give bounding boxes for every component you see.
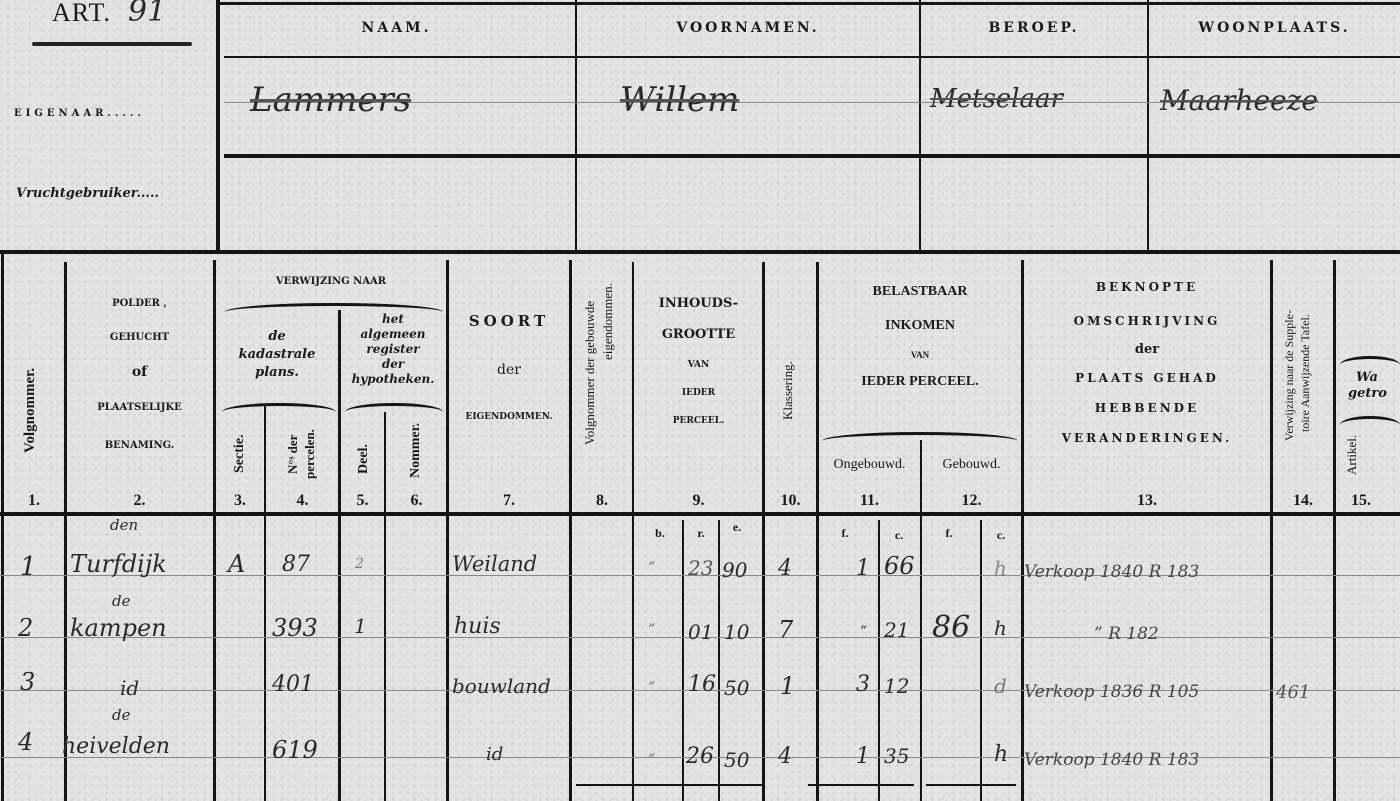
row4-soort: id — [486, 744, 503, 765]
col9-line: PERCEEL. — [635, 416, 762, 426]
row1-polder: Turfdijk — [70, 550, 167, 578]
col8-num: 8. — [572, 492, 632, 510]
col13-line: OMSCHRIJVING — [1024, 314, 1270, 328]
row4-r: 26 — [686, 744, 714, 769]
row4-ong-f: 1 — [856, 744, 870, 769]
col10-num: 10. — [765, 492, 816, 510]
owner-border-left — [216, 0, 220, 252]
col12-num: 12. — [922, 492, 1021, 510]
row1-omschrijving: Verkoop 1840 R 183 — [1024, 562, 1199, 582]
col3-num: 3. — [216, 492, 264, 510]
inkomen-line: BELASTBAAR — [819, 284, 1021, 300]
row4-polder: heivelden — [62, 734, 170, 759]
row1-ong-f: 1 — [856, 556, 870, 581]
hypotheken-line: algemeen — [340, 327, 446, 342]
col6-title: Nommer. — [408, 412, 424, 488]
header-voornamen: VOORNAMEN. — [577, 20, 919, 36]
col11-sub-f: f. — [830, 526, 860, 541]
row3-r: 16 — [688, 672, 716, 697]
col6-num: 6. — [387, 492, 446, 510]
col-line-4 — [264, 405, 266, 801]
row3-volg: 3 — [20, 668, 35, 696]
col14-title-b: toire Aanwijzende Tafel. — [1298, 268, 1313, 478]
col13-line: BEKNOPTE — [1024, 280, 1270, 294]
col15-num: 15. — [1336, 492, 1386, 510]
col4-num: 4. — [267, 492, 338, 510]
owner-top-border — [216, 2, 1400, 5]
col9-sub-r: r. — [686, 526, 716, 541]
col-line-9 — [632, 262, 634, 801]
row2-b: ” — [648, 622, 655, 638]
col7-line: EIGENDOMMEN. — [449, 412, 569, 422]
total-rule-area — [576, 784, 762, 786]
col-line-11c — [878, 520, 880, 801]
row1-perceel: 87 — [282, 552, 310, 577]
col-line-15 — [1333, 260, 1336, 801]
verwijzing-group-rule — [225, 303, 443, 312]
row2-geb-c: h — [994, 616, 1007, 640]
col2-num: 2. — [66, 492, 213, 510]
row1-soort: Weiland — [452, 552, 537, 576]
col4-title-b: percelen. — [302, 420, 318, 488]
row2-klasse: 7 — [778, 616, 793, 644]
eigenaar-label: EIGENAAR..... — [14, 108, 145, 119]
col11-num: 11. — [819, 492, 920, 510]
row1-b: ” — [648, 560, 655, 576]
row1-geb-c: h — [994, 556, 1007, 580]
row4-ong-c: 35 — [884, 744, 909, 768]
col9-title: INHOUDS- GROOTTE VAN IEDER PERCEEL. — [635, 296, 762, 426]
col15-group-title: Wa getro — [1342, 370, 1400, 402]
kadastrale-line: kadastrale — [216, 346, 338, 364]
col15-group-rule-bottom — [1340, 416, 1400, 425]
article-flourish — [32, 42, 192, 46]
row1-deel: 2 — [355, 556, 364, 572]
row2-e: 10 — [724, 620, 749, 644]
col5-title: Deel. — [356, 430, 372, 488]
row3-geb-c: d — [994, 674, 1007, 698]
col9-line: IEDER — [635, 388, 762, 398]
owner-divider-3 — [1147, 0, 1149, 252]
col-line-1 — [1, 254, 4, 801]
hypotheken-line: der — [340, 357, 446, 372]
row1-polder-prefix: den — [110, 516, 138, 534]
row4-omschrijving: Verkoop 1840 R 183 — [1024, 750, 1199, 770]
eigenaar-woonplaats: Maarheeze — [1160, 84, 1318, 117]
hypotheken-line: hypotheken. — [340, 372, 446, 387]
col8-title-b: eigendommen. — [600, 262, 616, 382]
col13-line: PLAATS GEHAD — [1024, 371, 1270, 385]
col3-title: Sectie. — [232, 420, 248, 488]
col10-title: Klassering. — [780, 345, 796, 437]
kadastrale-line: plans. — [216, 364, 338, 382]
col5-num: 5. — [341, 492, 384, 510]
row3-ong-f: 3 — [856, 672, 870, 697]
owner-eigenaar-rule — [224, 154, 1400, 158]
eigenaar-beroep: Metselaar — [930, 84, 1063, 114]
col-line-10 — [762, 262, 765, 801]
row3-klasse: 1 — [780, 672, 795, 700]
row3-verwijzing: 461 — [1276, 682, 1310, 703]
hypotheken-line: het — [340, 312, 446, 327]
kadastrale-sub-rule — [222, 403, 336, 412]
col13-line: VERANDERINGEN. — [1024, 431, 1270, 445]
col7-num: 7. — [449, 492, 569, 510]
col13-num: 13. — [1024, 492, 1270, 510]
kadastrale-line: de — [216, 328, 338, 346]
inkomen-group-title: BELASTBAAR INKOMEN VAN IEDER PERCEEL. — [819, 284, 1021, 390]
hypotheken-sub-rule — [345, 403, 443, 412]
col15-title: Artikel. — [1344, 426, 1360, 484]
owner-header-rule — [224, 56, 1400, 58]
col7-line: der — [449, 362, 569, 378]
inkomen-group-rule — [822, 432, 1018, 441]
col9-line: GROOTTE — [635, 327, 762, 342]
row2-polder: kampen — [70, 614, 167, 642]
col-line-9r — [682, 520, 684, 801]
col-line-6 — [384, 412, 386, 801]
row2-volg: 2 — [18, 614, 33, 642]
col-line-8 — [569, 260, 572, 801]
hypotheken-line: register — [340, 342, 446, 357]
inkomen-line: VAN — [819, 350, 1021, 360]
col13-line: der — [1024, 342, 1270, 357]
row2-perceel: 393 — [272, 614, 318, 642]
row1-klasse: 4 — [778, 556, 792, 581]
col13-line: HEBBENDE — [1024, 401, 1270, 415]
vruchtgebruiker-label: Vruchtgebruiker..... — [16, 186, 159, 201]
eigenaar-naam: Lammers — [250, 80, 411, 120]
inkomen-line: IEDER PERCEEL. — [819, 374, 1021, 390]
owner-divider-1 — [575, 0, 577, 252]
owner-bottom-border — [0, 250, 1400, 254]
col9-sub-b: b. — [645, 526, 675, 541]
row3-e: 50 — [724, 676, 749, 700]
row2-ong-f: ” — [860, 624, 867, 640]
total-rule-gebouwd — [926, 784, 1016, 786]
col8-title-a: Volgnommer der gebouwde — [582, 262, 598, 484]
col12-sub-c: c. — [986, 528, 1016, 543]
row4-polder-prefix: de — [112, 706, 130, 724]
header-naam: NAAM. — [218, 20, 575, 36]
header-beroep: BEROEP. — [921, 20, 1147, 36]
header-woonplaats: WOONPLAATS. — [1149, 20, 1400, 36]
row2-soort: huis — [454, 614, 501, 639]
row1-sectie: A — [228, 550, 245, 578]
verwijzing-group-title: VERWIJZING NAAR — [216, 276, 446, 287]
row1-volg: 1 — [20, 552, 37, 582]
row2-deel: 1 — [354, 614, 367, 638]
row4-klasse: 4 — [778, 744, 792, 769]
row3-soort: bouwland — [452, 674, 551, 698]
col13-title: BEKNOPTE OMSCHRIJVING der PLAATS GEHAD H… — [1024, 280, 1270, 445]
row2-geb-f: 86 — [932, 610, 970, 645]
col11-sub-c: c. — [884, 528, 914, 543]
row4-b: ” — [648, 752, 655, 768]
row2-omschrijving: ” R 182 — [1094, 624, 1159, 644]
row1-e: 90 — [722, 558, 747, 582]
row4-geb-c: h — [994, 742, 1008, 767]
col11-title: Ongebouwd. — [819, 457, 920, 473]
row4-e: 50 — [724, 748, 749, 772]
article-heading: ART. 91 — [48, 0, 198, 50]
col9-line: INHOUDS- — [635, 296, 762, 311]
row2-ong-c: 21 — [884, 618, 909, 642]
header-bottom-rule — [0, 512, 1400, 516]
col9-line: VAN — [635, 360, 762, 370]
total-rule-ongebouwd — [808, 784, 914, 786]
col7-title: SOORT der EIGENDOMMEN. — [449, 312, 569, 422]
article-label: ART. — [52, 0, 111, 28]
col15-group-rule-top — [1340, 356, 1400, 365]
row2-polder-prefix: de — [112, 592, 130, 610]
row2-r: 01 — [688, 620, 713, 644]
col15-group-line: Wa — [1342, 370, 1400, 386]
row4-perceel: 619 — [272, 736, 318, 764]
col12-sub-f: f. — [934, 526, 964, 541]
owner-divider-2 — [919, 0, 921, 252]
col14-num: 14. — [1273, 492, 1333, 510]
col15-group-line: getro — [1342, 386, 1400, 402]
row3-ong-c: 12 — [884, 674, 909, 698]
col-line-12c — [980, 520, 982, 801]
row1-ong-c: 66 — [884, 552, 915, 580]
article-number: 91 — [128, 0, 166, 29]
row3-b: ” — [648, 680, 655, 696]
row1-r: 23 — [688, 556, 713, 580]
col1-title: Volgnommer. — [22, 340, 39, 480]
kadastrale-group-title: de kadastrale plans. — [216, 328, 338, 382]
inkomen-line: INKOMEN — [819, 318, 1021, 334]
col-line-9e — [718, 520, 720, 801]
eigenaar-voornamen: Willem — [620, 80, 739, 120]
col7-line: SOORT — [449, 312, 569, 330]
hypotheken-group-title: het algemeen register der hypotheken. — [340, 312, 446, 387]
row3-polder: id — [120, 676, 139, 700]
col14-title-a: Verwijzing naar de Supple- — [1282, 268, 1297, 484]
col4-title-a: N°ˢ der — [285, 420, 301, 488]
col1-num: 1. — [4, 492, 64, 510]
row3-perceel: 401 — [272, 672, 314, 697]
col-line-2 — [64, 262, 67, 801]
row3-omschrijving: Verkoop 1836 R 105 — [1024, 682, 1199, 702]
row4-volg: 4 — [18, 728, 33, 756]
col12-title: Gebouwd. — [922, 457, 1021, 473]
col9-num: 9. — [635, 492, 762, 510]
col-line-14 — [1270, 260, 1273, 801]
col9-sub-e: e. — [722, 520, 752, 535]
